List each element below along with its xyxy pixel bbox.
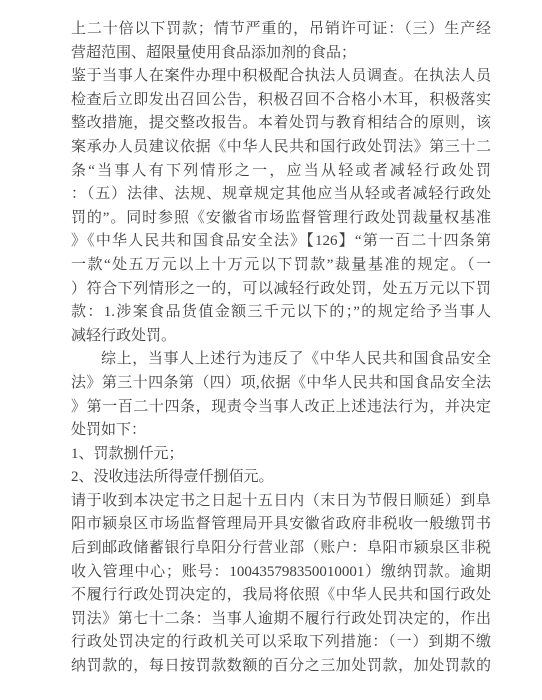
- document-line: 整改措施，提交整改报告。本着处罚与教育相结合的原则，该: [71, 112, 491, 136]
- document-line: 减轻行政处罚。: [71, 325, 491, 349]
- document-line: 款：1.涉案食品货值金额三千元以下的；”的规定给予当事人: [71, 301, 491, 325]
- document-line: 条“当事人有下列情形之一，应当从轻或者减轻行政处罚: [71, 160, 491, 184]
- document-line: 阳市颍泉区市场监督管理局开具安徽省政府非税收一般缴罚书: [71, 513, 491, 537]
- document-line: 检查后立即发出召回公告，积极召回不合格小木耳，积极落实: [71, 89, 491, 113]
- document-line: 请于收到本决定书之日起十五日内（末日为节假日顺延）到阜: [71, 490, 491, 514]
- document-line: 法》第三十四条第（四）项,依据《中华人民共和国食品安全法: [71, 372, 491, 396]
- document-page: 上二十倍以下罚款；情节严重的，吊销许可证：（三）生产经 营超范围、超限量使用食品…: [0, 0, 542, 700]
- document-line: 案承办人员建议依据《中华人民共和国行政处罚法》第三十二: [71, 136, 491, 160]
- document-line: 收入管理中心；账号：100435798350010001）缴纳罚款。逾期: [71, 561, 491, 585]
- document-line: 罚法》第七十二条：当事人逾期不履行行政处罚决定的，作出: [71, 608, 491, 632]
- document-line: 上二十倍以下罚款；情节严重的，吊销许可证：（三）生产经: [71, 18, 491, 42]
- document-line: 一款“处五万元以上十万元以下罚款”裁量基准的规定。（一: [71, 254, 491, 278]
- document-line: 2、没收违法所得壹仟捌佰元。: [71, 466, 491, 490]
- document-line: 后到邮政储蓄银行阜阳分行营业部（账户：阜阳市颍泉区非税: [71, 537, 491, 561]
- document-line: 》第一百二十四条，现责令当事人改正上述违法行为，并决定: [71, 396, 491, 420]
- document-line: ）符合下列情形之一的，可以减轻行政处罚，处五万元以下罚: [71, 278, 491, 302]
- document-line: 罚的”。同时参照《安徽省市场监督管理行政处罚裁量权基准: [71, 207, 491, 231]
- document-line: 》《中华人民共和国食品安全法》【126】“第一百二十四条第: [71, 230, 491, 254]
- document-line: 纳罚款的，每日按罚款数额的百分之三加处罚款，加处罚款的: [71, 655, 491, 679]
- document-line: 营超范围、超限量使用食品添加剂的食品；: [71, 42, 491, 66]
- document-line: 行政处罚决定的行政机关可以采取下列措施：（一）到期不缴: [71, 631, 491, 655]
- document-line: 不履行行政处罚决定的，我局将依照《中华人民共和国行政处: [71, 584, 491, 608]
- document-line: 鉴于当事人在案件办理中积极配合执法人员调查。在执法人员: [71, 65, 491, 89]
- document-line: ：（五）法律、法规、规章规定其他应当从轻或者减轻行政处: [71, 183, 491, 207]
- document-line: 处罚如下：: [71, 419, 491, 443]
- document-line: 综上，当事人上述行为违反了《中华人民共和国食品安全: [71, 348, 491, 372]
- document-line: 1、罚款捌仟元；: [71, 443, 491, 467]
